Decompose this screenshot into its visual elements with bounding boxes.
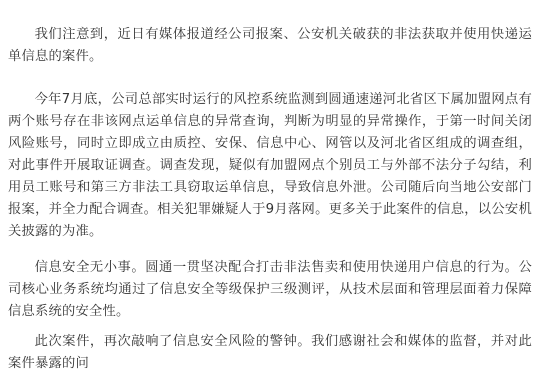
paragraph-media-report: 我们注意到，近日有媒体报道经公司报案、公安机关破获的非法获取并使用快递运单信息的… [8,24,532,68]
paragraph-security-commitment: 信息安全无小事。圆通一贯坚决配合打击非法售卖和使用快递用户信息的行为。公司核心业… [8,257,532,320]
article-body: 我们注意到，近日有媒体报道经公司报案、公安机关破获的非法获取并使用快递运单信息的… [8,24,532,320]
paragraph-investigation: 今年7月底，公司总部实时运行的风控系统监测到圆通速递河北省区下属加盟网点有两个账… [8,89,532,243]
